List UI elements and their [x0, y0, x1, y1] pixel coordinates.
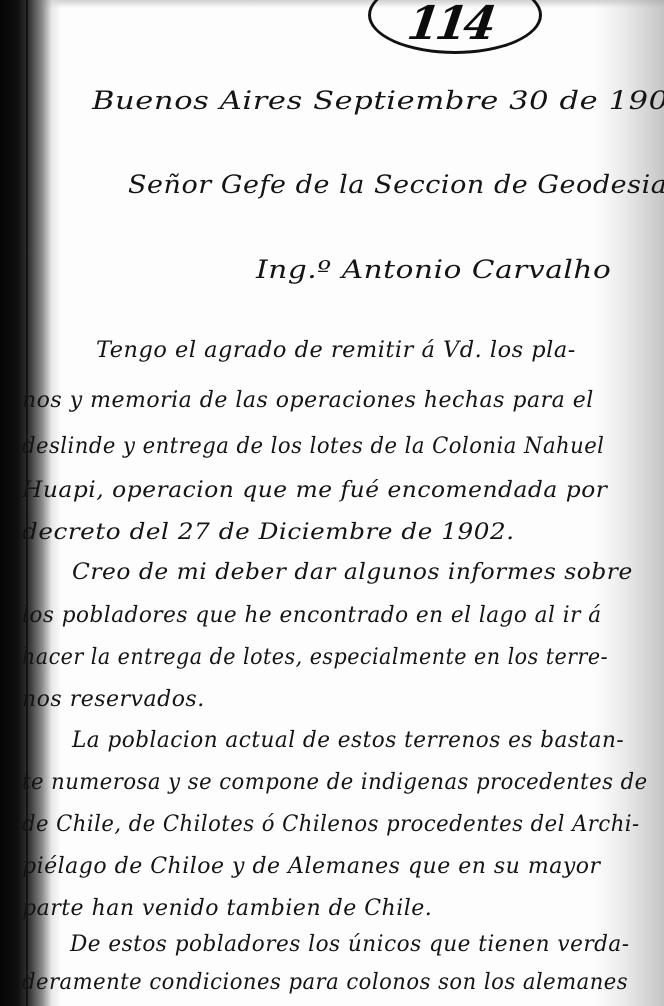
page-top-shadow	[0, 0, 664, 8]
manuscript-page: 114 Buenos Aires Septiembre 30 de 1903. …	[0, 0, 664, 1006]
body-line-10: La poblacion actual de estos terrenos es…	[72, 728, 624, 753]
body-line-7: los pobladores que he encontrado en el l…	[22, 603, 602, 628]
body-line-11: te numerosa y se compone de indigenas pr…	[22, 770, 648, 795]
body-line-15: De estos pobladores los únicos que tiene…	[70, 932, 630, 957]
body-line-3: deslinde y entrega de los lotes de la Co…	[22, 434, 604, 459]
folio-stamp: 114	[368, 0, 538, 52]
body-line-6: Creo de mi deber dar algunos informes so…	[72, 560, 633, 585]
body-line-1: Tengo el agrado de remitir á Vd. los pla…	[96, 338, 576, 363]
body-line-2: nos y memoria de las operaciones hechas …	[22, 388, 594, 413]
body-line-4: Huapi, operacion que me fué encomendada …	[22, 478, 607, 503]
body-line-9: nos reservados.	[22, 687, 205, 712]
body-line-14: parte han venido tambien de Chile.	[22, 896, 432, 921]
body-line-13: piélago de Chiloe y de Alemanes que en s…	[22, 854, 601, 879]
page-right-shading	[594, 0, 664, 1006]
folio-number: 114	[404, 0, 496, 50]
body-line-5: decreto del 27 de Diciembre de 1902.	[22, 520, 515, 545]
place-date-line: Buenos Aires Septiembre 30 de 1903.	[92, 86, 664, 115]
body-line-16: deramente condiciones para colonos son l…	[22, 970, 628, 995]
body-line-8: hacer la entrega de lotes, especialmente…	[22, 645, 608, 670]
salutation-line: Señor Gefe de la Seccion de Geodesia	[128, 170, 664, 199]
body-line-12: de Chile, de Chilotes ó Chilenos procede…	[22, 812, 640, 837]
addressee-line: Ing.º Antonio Carvalho	[256, 255, 611, 284]
